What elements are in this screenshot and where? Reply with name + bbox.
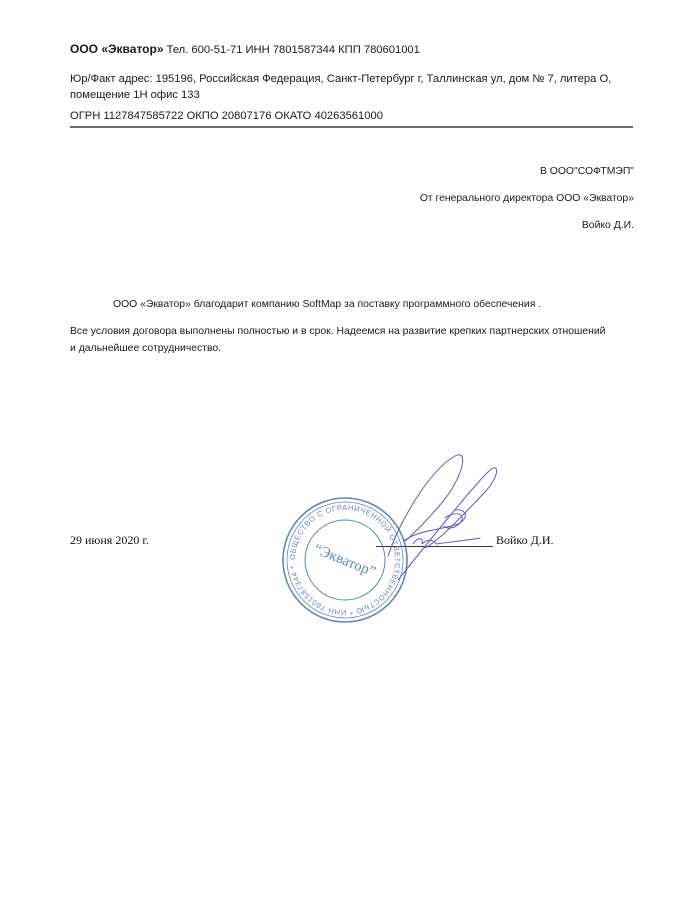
handwritten-signature-icon <box>388 455 497 580</box>
company-stamp-icon: ОБЩЕСТВО С ОГРАНИЧЕННОЙ ОТВЕТСТВЕННОСТЬЮ… <box>0 0 407 622</box>
stamp-and-signature-layer: ОБЩЕСТВО С ОГРАНИЧЕННОЙ ОТВЕТСТВЕННОСТЬЮ… <box>0 0 700 900</box>
svg-text:“Экватор”: “Экватор” <box>311 541 377 580</box>
svg-text:ОБЩЕСТВО С ОГРАНИЧЕННОЙ ОТВЕТС: ОБЩЕСТВО С ОГРАНИЧЕННОЙ ОТВЕТСТВЕННОСТЬЮ… <box>0 0 402 617</box>
